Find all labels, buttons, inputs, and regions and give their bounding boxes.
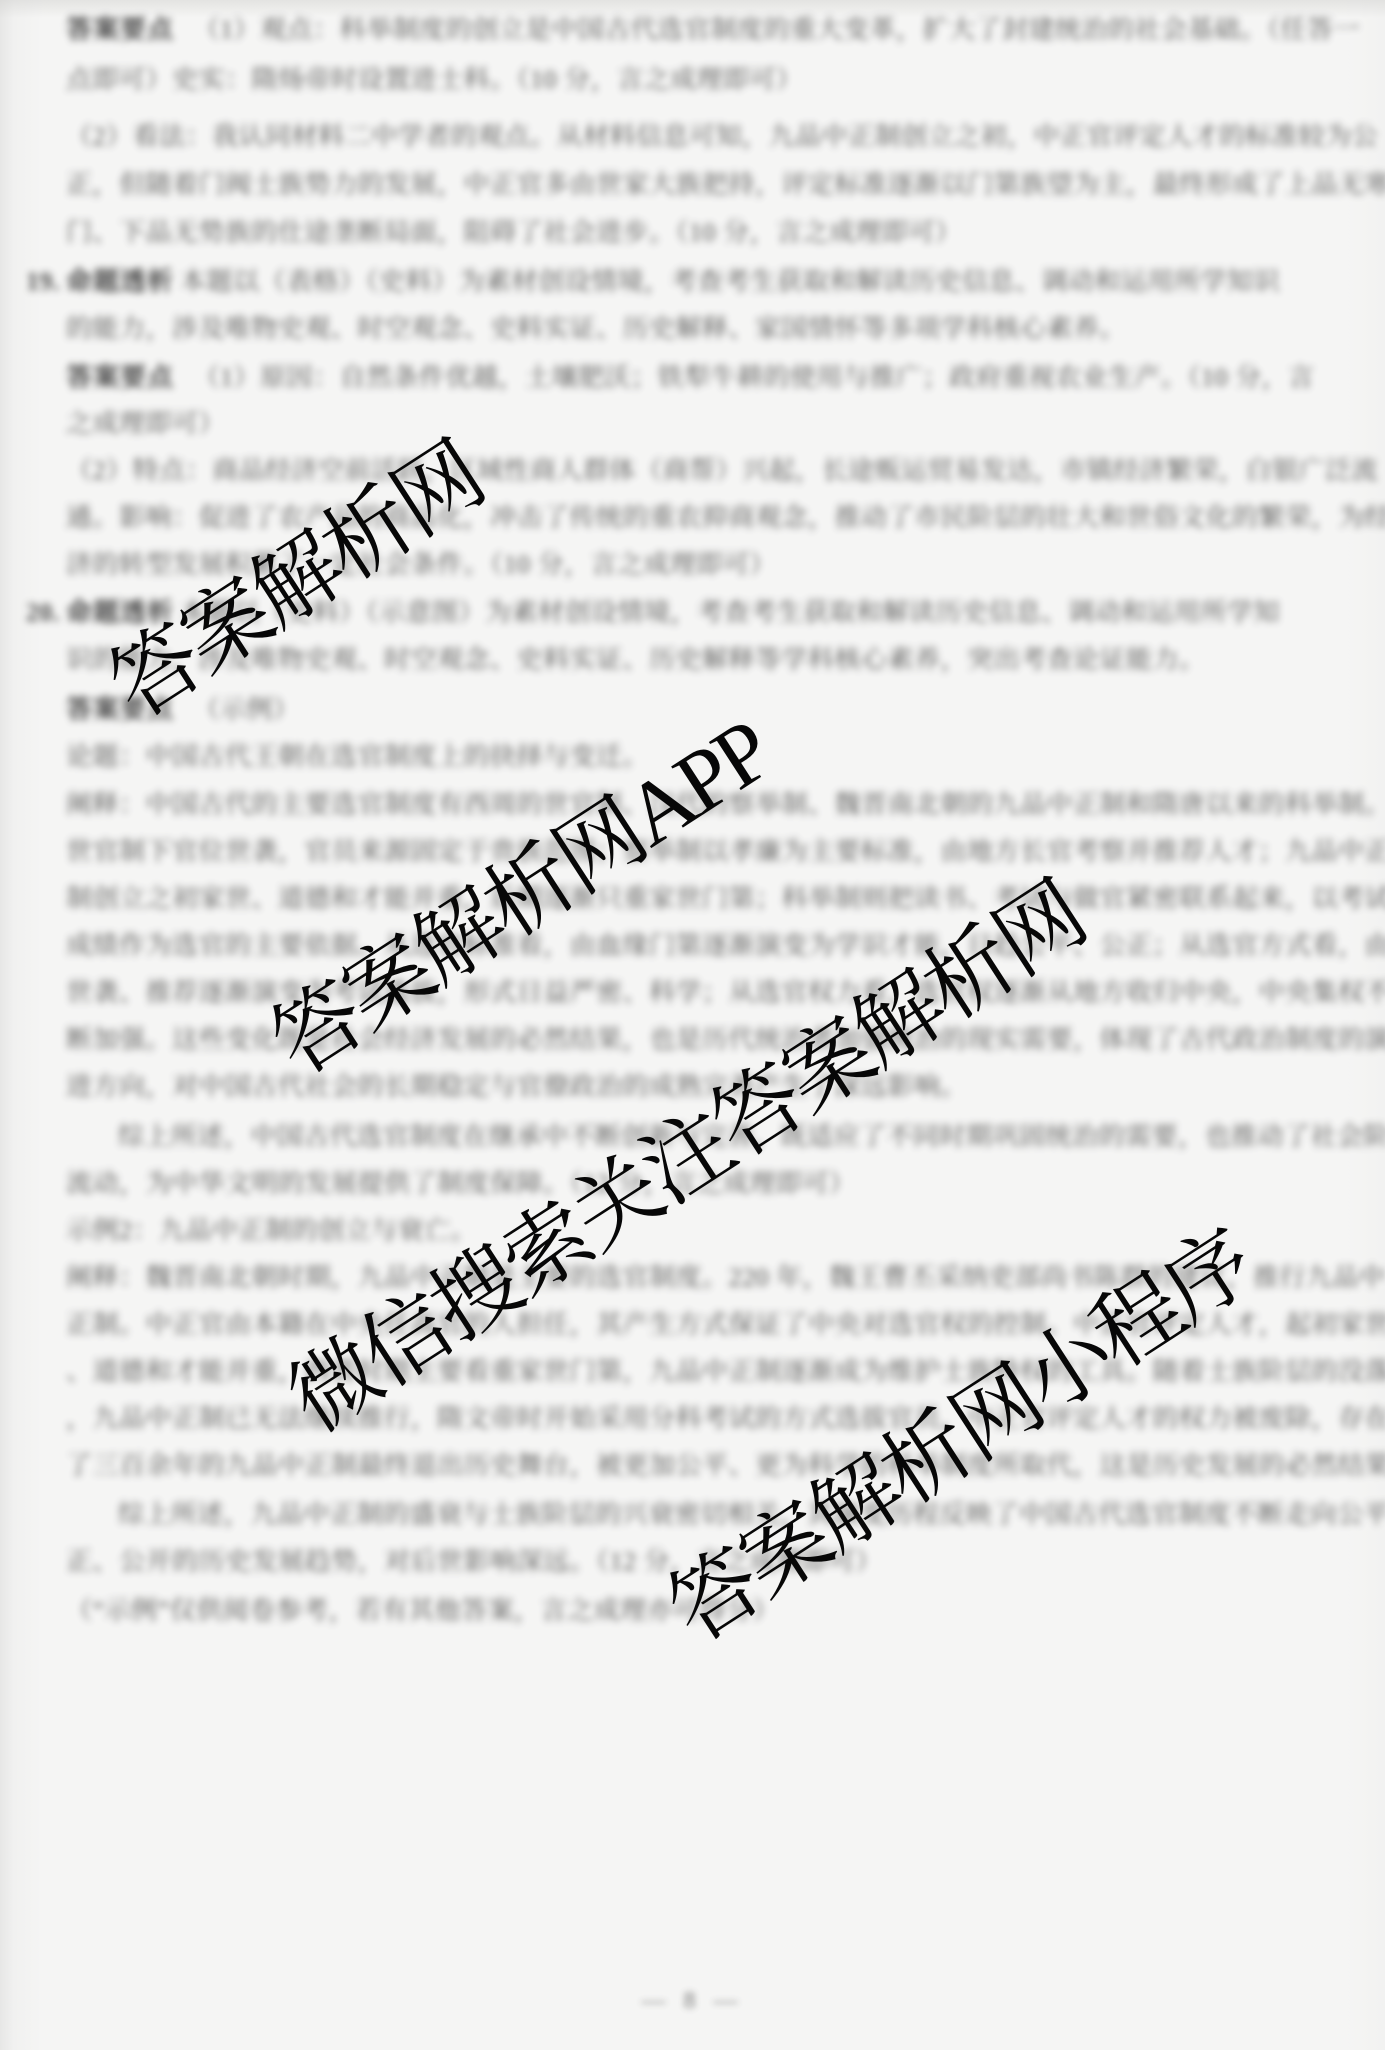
- line-text: 门、下品无势族的仕途垄断局面，阻碍了社会进步。（10 分，言之成理即可）: [66, 218, 962, 247]
- text-line: 综上所述，九品中正制的盛衰与士族阶层的兴衰密切相关，其演变历程反映了中国古代选官…: [118, 1499, 1385, 1531]
- text-line: 流动，为中华文明的发展提供了制度保障。（12 分，言之成理即可）: [66, 1168, 856, 1200]
- line-text: （“示例”仅供阅卷参考，若有其他答案，言之成理亦可得分）: [66, 1596, 779, 1625]
- line-text: （示例）: [180, 695, 300, 724]
- line-text: 流动，为中华文明的发展提供了制度保障。（12 分，言之成理即可）: [66, 1169, 856, 1198]
- text-line: 点即可）史实：隋炀帝时设置进士科。（10 分，言之成理即可）: [66, 64, 803, 96]
- text-line: 19.命题透析本题以（表格）（史料）为素材创设情境，考查考生获取和解读历史信息、…: [66, 266, 1280, 298]
- text-line: （“示例”仅供阅卷参考，若有其他答案，言之成理亦可得分）: [66, 1595, 779, 1627]
- text-line: 成绩作为选官的主要依据。从选官标准看，由血缘门第逐渐演变为学识才能，日趋公平、公…: [66, 930, 1385, 962]
- text-line: 论题：中国古代王朝在选官制度上的抉择与变迁。: [66, 741, 649, 773]
- line-text: 世官制下官位世袭，官员来源固定于贵族范围；察举制以孝廉为主要标准，由地方长官考察…: [66, 837, 1385, 866]
- text-line: 正、公开的历史发展趋势，对后世影响深远。（12 分，言之成理即可）: [66, 1546, 882, 1578]
- line-text: ，九品中正制已无法继续推行，隋文帝时开始采用分科考试的方式选拔官员，中正官评定人…: [66, 1404, 1385, 1433]
- text-line: （2）特点：商品经济空前活跃，区域性商人群体（商帮）兴起，长途贩运贸易发达，市镇…: [66, 455, 1378, 487]
- text-layer: 答案要点 （1）观点：科举制度的创立是中国古代选官制度的重大变革，扩大了封建统治…: [0, 0, 1385, 2050]
- line-text: 的能力，涉及唯物史观、时空观念、史料实证、历史解释、家国情怀等多项学科核心素养。: [66, 314, 1126, 343]
- text-line: 20.命题透析本题以（史料）（示意图）为素材创设情境，考查考生获取和解读历史信息…: [66, 597, 1280, 629]
- line-text: 示例2：九品中正制的创立与衰亡。: [66, 1216, 477, 1245]
- text-line: 制创立之初家世、道德和才能并重，后期逐渐只重家世门第；科举制则把读书、考试与做官…: [66, 883, 1385, 915]
- text-line: 了三百余年的九品中正制最终退出历史舞台，被更加公平、更为科学的科举制度所取代，这…: [66, 1450, 1385, 1482]
- line-text: 论题：中国古代王朝在选官制度上的抉择与变迁。: [66, 742, 649, 771]
- text-line: 答案要点 （1）原因：自然条件优越，土壤肥沃；铁犁牛耕的使用与推广；政府重视农业…: [66, 362, 1315, 394]
- line-text: 综上所述，中国古代选官制度在继承中不断创新与完善，既适应了不同时期巩固统治的需要…: [118, 1122, 1385, 1151]
- text-line: ，九品中正制已无法继续推行，隋文帝时开始采用分科考试的方式选拔官员，中正官评定人…: [66, 1403, 1385, 1435]
- text-line: 阐释：魏晋南北朝时期，九品中正制是主要的选官制度。220 年，魏王曹丕采纳吏部尚…: [66, 1262, 1385, 1294]
- text-line: 正，但随着门阀士族势力的发展，中正官多由世家大族把持，评定标准逐渐以门第族望为主…: [66, 169, 1385, 201]
- line-text: 本题以（表格）（史料）为素材创设情境，考查考生获取和解读历史信息、调动和运用所学…: [180, 267, 1280, 296]
- text-line: 通。影响：促进了农产品的商品化，冲击了传统的重农抑商观念，推动了市民阶层的壮大和…: [66, 502, 1385, 534]
- text-line: 之成理即可）: [66, 408, 225, 440]
- line-text: 世袭、推荐逐渐演变为考试选拔，形式日益严密、科学；从选官权力看，选官权逐渐从地方…: [66, 978, 1385, 1007]
- text-line: 断加强。这些变化既是社会经济发展的必然结果，也是历代统治者加强统治的现实需要，体…: [66, 1024, 1385, 1056]
- answer-section-label: 答案要点: [66, 15, 174, 44]
- line-text: 进方向，对中国古代社会的长期稳定与官僚政治的成熟完善产生了深远影响。: [66, 1072, 967, 1101]
- text-line: 阐释：中国古代的主要选官制度有西周的世官制、汉代的察举制、魏晋南北朝的九品中正制…: [66, 789, 1385, 821]
- text-line: 门、下品无势族的仕途垄断局面，阻碍了社会进步。（10 分，言之成理即可）: [66, 217, 962, 249]
- text-line: 世袭、推荐逐渐演变为考试选拔，形式日益严密、科学；从选官权力看，选官权逐渐从地方…: [66, 977, 1385, 1009]
- line-text: （2）特点：商品经济空前活跃，区域性商人群体（商帮）兴起，长途贩运贸易发达，市镇…: [66, 456, 1378, 485]
- line-text: 通。影响：促进了农产品的商品化，冲击了传统的重农抑商观念，推动了市民阶层的壮大和…: [66, 503, 1385, 532]
- line-text: 断加强。这些变化既是社会经济发展的必然结果，也是历代统治者加强统治的现实需要，体…: [66, 1025, 1385, 1054]
- text-line: 济的转型发展积累了一定社会条件。（10 分，言之成理即可）: [66, 549, 776, 581]
- question-number: 19.: [26, 266, 60, 298]
- document-page: 答案要点 （1）观点：科举制度的创立是中国古代选官制度的重大变革，扩大了封建统治…: [0, 0, 1385, 2050]
- text-line: 示例2：九品中正制的创立与衰亡。: [66, 1215, 477, 1247]
- text-line: 答案要点 （示例）: [66, 694, 300, 726]
- line-text: 了三百余年的九品中正制最终退出历史舞台，被更加公平、更为科学的科举制度所取代，这…: [66, 1451, 1385, 1480]
- page-number: — 8 —: [0, 1988, 1385, 2015]
- answer-section-label: 答案要点: [66, 363, 174, 392]
- line-text: 成绩作为选官的主要依据。从选官标准看，由血缘门第逐渐演变为学识才能，日趋公平、公…: [66, 931, 1385, 960]
- answer-section-label: 答案要点: [66, 695, 174, 724]
- line-text: 正，但随着门阀士族势力的发展，中正官多由世家大族把持，评定标准逐渐以门第族望为主…: [66, 170, 1385, 199]
- text-line: 识的能力，涉及唯物史观、时空观念、史料实证、历史解释等学科核心素养，突出考查论证…: [66, 644, 1206, 676]
- line-text: 济的转型发展积累了一定社会条件。（10 分，言之成理即可）: [66, 550, 776, 579]
- line-text: 正、公开的历史发展趋势，对后世影响深远。（12 分，言之成理即可）: [66, 1547, 882, 1576]
- text-line: （2）看法：我认同材料二中学者的观点。从材料信息可知，九品中正制创立之初，中正官…: [66, 121, 1378, 153]
- line-text: 综上所述，九品中正制的盛衰与士族阶层的兴衰密切相关，其演变历程反映了中国古代选官…: [118, 1500, 1385, 1529]
- line-text: （1）原因：自然条件优越，土壤肥沃；铁犁牛耕的使用与推广；政府重视农业生产。（1…: [180, 363, 1315, 392]
- line-text: （2）看法：我认同材料二中学者的观点。从材料信息可知，九品中正制创立之初，中正官…: [66, 122, 1378, 151]
- answer-section-label: 命题透析: [66, 598, 174, 627]
- line-text: 本题以（史料）（示意图）为素材创设情境，考查考生获取和解读历史信息、调动和运用所…: [180, 598, 1280, 627]
- text-line: 正制。中正官由本籍在中央任高官的人担任，其产生方式保证了中央对选官权的控制。中正…: [66, 1309, 1385, 1341]
- text-line: 的能力，涉及唯物史观、时空观念、史料实证、历史解释、家国情怀等多项学科核心素养。: [66, 313, 1126, 345]
- text-line: 世官制下官位世袭，官员来源固定于贵族范围；察举制以孝廉为主要标准，由地方长官考察…: [66, 836, 1385, 868]
- text-line: 进方向，对中国古代社会的长期稳定与官僚政治的成熟完善产生了深远影响。: [66, 1071, 967, 1103]
- line-text: 正制。中正官由本籍在中央任高官的人担任，其产生方式保证了中央对选官权的控制。中正…: [66, 1310, 1385, 1339]
- line-text: 阐释：魏晋南北朝时期，九品中正制是主要的选官制度。220 年，魏王曹丕采纳吏部尚…: [66, 1263, 1385, 1292]
- line-text: 制创立之初家世、道德和才能并重，后期逐渐只重家世门第；科举制则把读书、考试与做官…: [66, 884, 1385, 913]
- line-text: 、道德和才能并重，西晋时期主要看重家世门第，九品中正制逐渐成为维护士族特权的工具…: [66, 1357, 1385, 1386]
- text-line: 、道德和才能并重，西晋时期主要看重家世门第，九品中正制逐渐成为维护士族特权的工具…: [66, 1356, 1385, 1388]
- line-text: 识的能力，涉及唯物史观、时空观念、史料实证、历史解释等学科核心素养，突出考查论证…: [66, 645, 1206, 674]
- text-line: 综上所述，中国古代选官制度在继承中不断创新与完善，既适应了不同时期巩固统治的需要…: [118, 1121, 1385, 1153]
- line-text: 点即可）史实：隋炀帝时设置进士科。（10 分，言之成理即可）: [66, 65, 803, 94]
- line-text: 之成理即可）: [66, 409, 225, 438]
- text-line: 答案要点 （1）观点：科举制度的创立是中国古代选官制度的重大变革，扩大了封建统治…: [66, 14, 1360, 46]
- line-text: 阐释：中国古代的主要选官制度有西周的世官制、汉代的察举制、魏晋南北朝的九品中正制…: [66, 790, 1385, 819]
- question-number: 20.: [26, 597, 60, 629]
- line-text: （1）观点：科举制度的创立是中国古代选官制度的重大变革，扩大了封建统治的社会基础…: [180, 15, 1360, 44]
- answer-section-label: 命题透析: [66, 267, 174, 296]
